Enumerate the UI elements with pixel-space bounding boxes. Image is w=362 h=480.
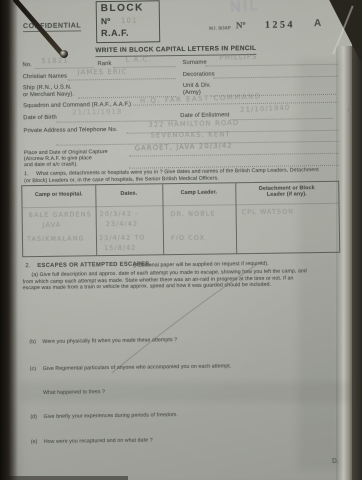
q2d-label: (d) <box>30 414 37 420</box>
field-rank-value: L.A.C. <box>125 55 151 63</box>
serial-no-label: Nº <box>236 20 246 30</box>
margin-edge-mark: N <box>347 108 353 115</box>
footer-mark: D. <box>332 458 339 465</box>
table-row1-camp-line2: JAVA <box>43 221 62 229</box>
q2b-label: (b) <box>29 339 36 345</box>
field-unit-label-1: Unit & Div. <box>183 83 211 89</box>
table-header-camp: Camp or Hospital. <box>22 191 95 198</box>
table-row1-dates-line2: 23/4/42 <box>106 220 138 228</box>
q2e-label: (e) <box>31 439 38 445</box>
confidential-stamp: CONFIDENTIAL <box>23 22 81 32</box>
field-rank-label: Rank <box>97 61 111 67</box>
block-stamp-box: BLOCK Nº 101 R.A.F. <box>96 0 161 43</box>
table-row1-leader: DR. NOBLE <box>171 210 216 219</box>
form-content: CONFIDENTIAL BLOCK Nº 101 R.A.F. M.I. 9/… <box>0 0 362 480</box>
table-header-detachment: Detachment or Block Leader (if any). <box>235 185 338 198</box>
nil-annotation: NIL <box>229 0 260 16</box>
field-ship-label-2: or Merchant Navy). <box>23 91 74 98</box>
table-row1-dates-line1: 20/3/42 - <box>100 210 139 219</box>
table-row2-camp: TASIKMALANG <box>27 234 85 243</box>
q2-note: (Additional paper will be supplied on re… <box>133 261 268 269</box>
series-letter: A <box>314 18 321 29</box>
serial-number-stamp: 1254 <box>265 19 295 30</box>
table-row2-dates-line2: 15/8/42 <box>104 244 136 252</box>
form-reference: M.I. 9/JAP <box>209 25 231 30</box>
camps-table: Camp or Hospital. Dates. Camp Leader. De… <box>21 181 340 257</box>
field-decorations-line <box>214 68 338 79</box>
table-header-leader: Camp Leader. <box>162 189 235 196</box>
scanned-document-photo: CONFIDENTIAL BLOCK Nº 101 R.A.F. M.I. 9/… <box>0 0 362 480</box>
table-header-dates: Dates. <box>95 190 162 197</box>
field-no-value: 51821 <box>41 56 68 65</box>
field-ship-label-1: Ship (R.N., U.S.N. <box>23 85 72 92</box>
q2b-text: Were you physically fit when you made th… <box>42 337 177 345</box>
q2d-text: Give briefly your experiences during per… <box>43 412 178 420</box>
field-christian-label: Christian Names <box>23 74 67 81</box>
q2-number: 2. <box>25 263 30 269</box>
table-row1-detachment: CPL WATSON <box>242 207 295 216</box>
q2c-text: Give Regimental particulars of anyone wh… <box>43 363 232 372</box>
q2e-text: How were you recaptured and on what date… <box>44 437 153 445</box>
field-surname-value: PHILLIPS <box>219 53 257 62</box>
q2c-label: (c) <box>30 366 36 372</box>
table-row2-dates-line1: 23/4/42 TO <box>99 233 146 242</box>
q2c-follow-up: What happened to them ? <box>43 389 105 396</box>
field-decorations-label: Decorations <box>183 72 215 78</box>
table-row2-leader: F/O COX <box>171 234 205 242</box>
block-stamp-no-label: Nº <box>101 16 111 26</box>
field-christian-value: JAMES ERIC <box>78 68 128 77</box>
block-stamp-unit: R.A.F. <box>101 28 129 38</box>
field-no-label: No. <box>23 62 32 68</box>
field-capture-label-3: and date of a/c crash). <box>24 161 78 168</box>
field-dob-label: Date of Birth <box>23 115 57 121</box>
field-address-value-2: SEVENOAKS, KENT <box>150 130 230 139</box>
field-dob-value: 21/11/1918 <box>72 108 122 117</box>
field-surname-label: Surname <box>182 60 206 66</box>
field-address-label: Private Address and Telephone No. <box>23 127 117 134</box>
block-stamp-no-value: 101 <box>121 17 138 25</box>
field-enlist-label: Date of Enlistment <box>180 112 229 119</box>
table-row1-camp-line1: BALE GARDENS <box>29 210 92 219</box>
q1-number: 1. <box>24 171 29 177</box>
block-stamp-title: BLOCK <box>101 2 144 14</box>
